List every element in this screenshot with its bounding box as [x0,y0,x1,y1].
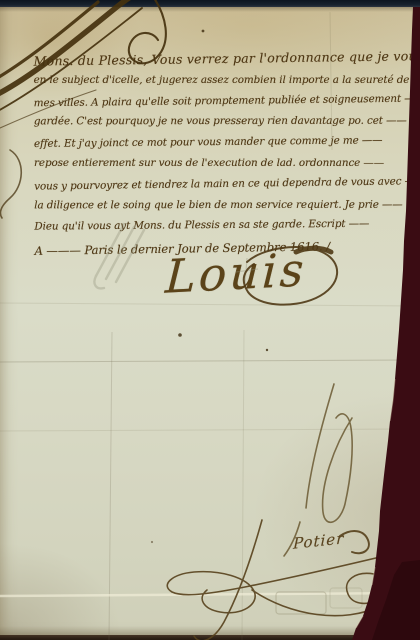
manuscript-scan: Mons. du Plessis, Vous verrez par l'ordo… [0,0,420,640]
letter-line-6: repose entierement sur vous de l'executi… [34,153,406,174]
secretary-signature-potier: Potier [293,529,345,553]
scan-background-top-band [0,0,420,7]
letter-line-2: en le subject d'icelle, et jugerez assez… [34,70,406,91]
bottom-fold-highlight [0,626,420,635]
bottom-edge-shadow-strip [0,635,362,640]
letter-line-9: Dieu qu'il vous ayt Mons. du Plessis en … [34,214,406,238]
royal-signature-louis: Louis [127,240,346,306]
letter-line-7: vous y pourvoyrez et tiendrez la main en… [34,171,406,197]
letter-line-8: la diligence et le soing que le bien de … [34,194,406,215]
letter-line-1: Mons. du Plessis, Vous verrez par l'ordo… [33,46,405,72]
show-through-marks [276,588,362,614]
letter-line-4: gardée. C'est pourquoy je ne vous presse… [34,111,406,132]
top-edge-shadow [0,7,420,12]
letter-body: Mons. du Plessis, Vous verrez par l'ordo… [33,48,406,260]
letter-line-5: effet. Et j'ay joinct ce mot pour vous m… [34,130,406,155]
